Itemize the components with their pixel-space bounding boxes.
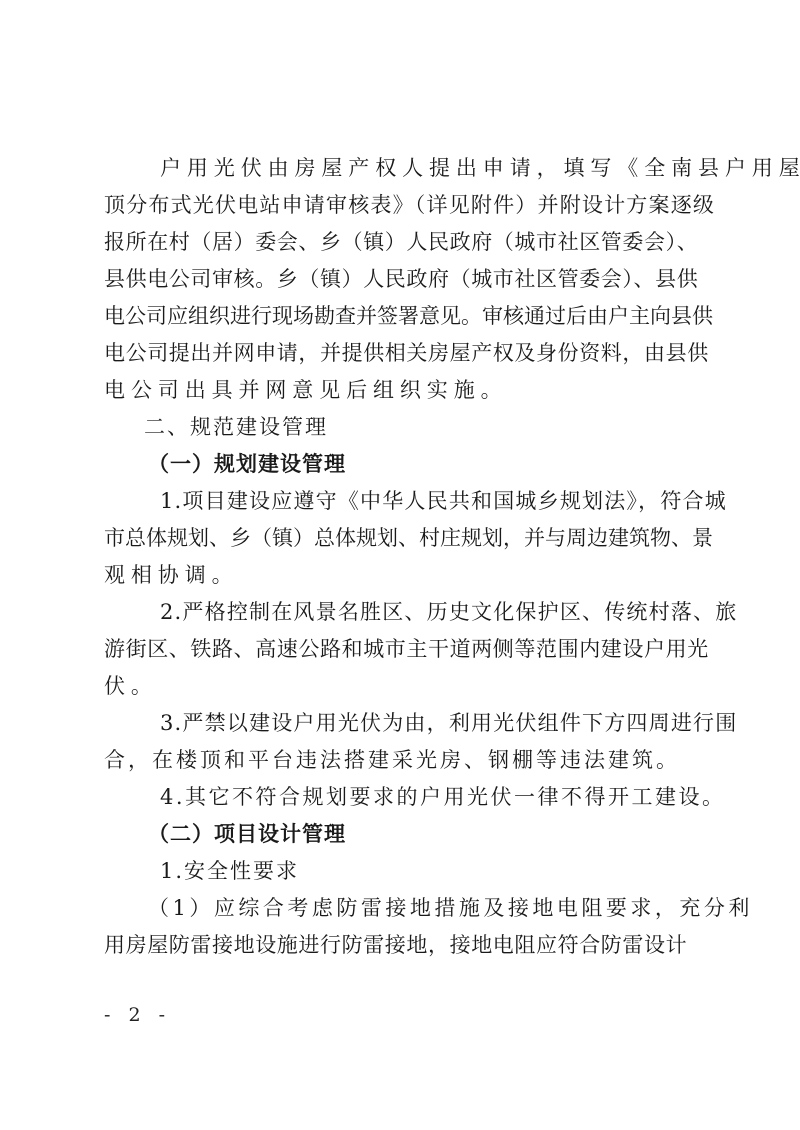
paragraph-line: 伏。 <box>104 668 704 705</box>
subsection-heading: （二）项目设计管理 <box>104 816 704 853</box>
paragraph-line: （1）应综合考虑防雷接地措施及接地电阻要求，充分利 <box>104 890 704 927</box>
document-page: 户用光伏由房屋产权人提出申请，填写《全南县户用屋 顶分布式光伏电站申请审核表》（… <box>104 150 704 964</box>
paragraph-line: 电公司应组织进行现场勘查并签署意见。审核通过后由户主向县供 <box>104 298 704 335</box>
paragraph-line: 顶分布式光伏电站申请审核表》（详见附件）并附设计方案逐级 <box>104 187 704 224</box>
paragraph-line: 4.其它不符合规划要求的户用光伏一律不得开工建设。 <box>104 779 704 816</box>
paragraph-line: 3.严禁以建设户用光伏为由，利用光伏组件下方四周进行围 <box>104 705 704 742</box>
paragraph-line: 户用光伏由房屋产权人提出申请，填写《全南县户用屋 <box>104 150 704 187</box>
paragraph-line: 游街区、铁路、高速公路和城市主干道两侧等范围内建设户用光 <box>104 631 704 668</box>
page-number: - 2 - <box>104 1004 171 1026</box>
paragraph-line: 2.严格控制在风景名胜区、历史文化保护区、传统村落、旅 <box>104 594 704 631</box>
paragraph-line: 观相协调。 <box>104 557 704 594</box>
paragraph-line: 合，在楼顶和平台违法搭建采光房、钢棚等违法建筑。 <box>104 742 704 779</box>
subsection-heading: （一）规划建设管理 <box>104 446 704 483</box>
section-heading: 二、规范建设管理 <box>104 409 704 446</box>
paragraph-line: 市总体规划、乡（镇）总体规划、村庄规划，并与周边建筑物、景 <box>104 520 704 557</box>
paragraph-line: 1.安全性要求 <box>104 853 704 890</box>
paragraph-line: 电公司提出并网申请，并提供相关房屋产权及身份资料，由县供 <box>104 335 704 372</box>
paragraph-line: 电公司出具并网意见后组织实施。 <box>104 372 704 409</box>
paragraph-line: 报所在村（居）委会、乡（镇）人民政府（城市社区管委会）、 <box>104 224 704 261</box>
paragraph-line: 1.项目建设应遵守《中华人民共和国城乡规划法》，符合城 <box>104 483 704 520</box>
paragraph-line: 用房屋防雷接地设施进行防雷接地，接地电阻应符合防雷设计 <box>104 927 704 964</box>
paragraph-line: 县供电公司审核。乡（镇）人民政府（城市社区管委会）、县供 <box>104 261 704 298</box>
